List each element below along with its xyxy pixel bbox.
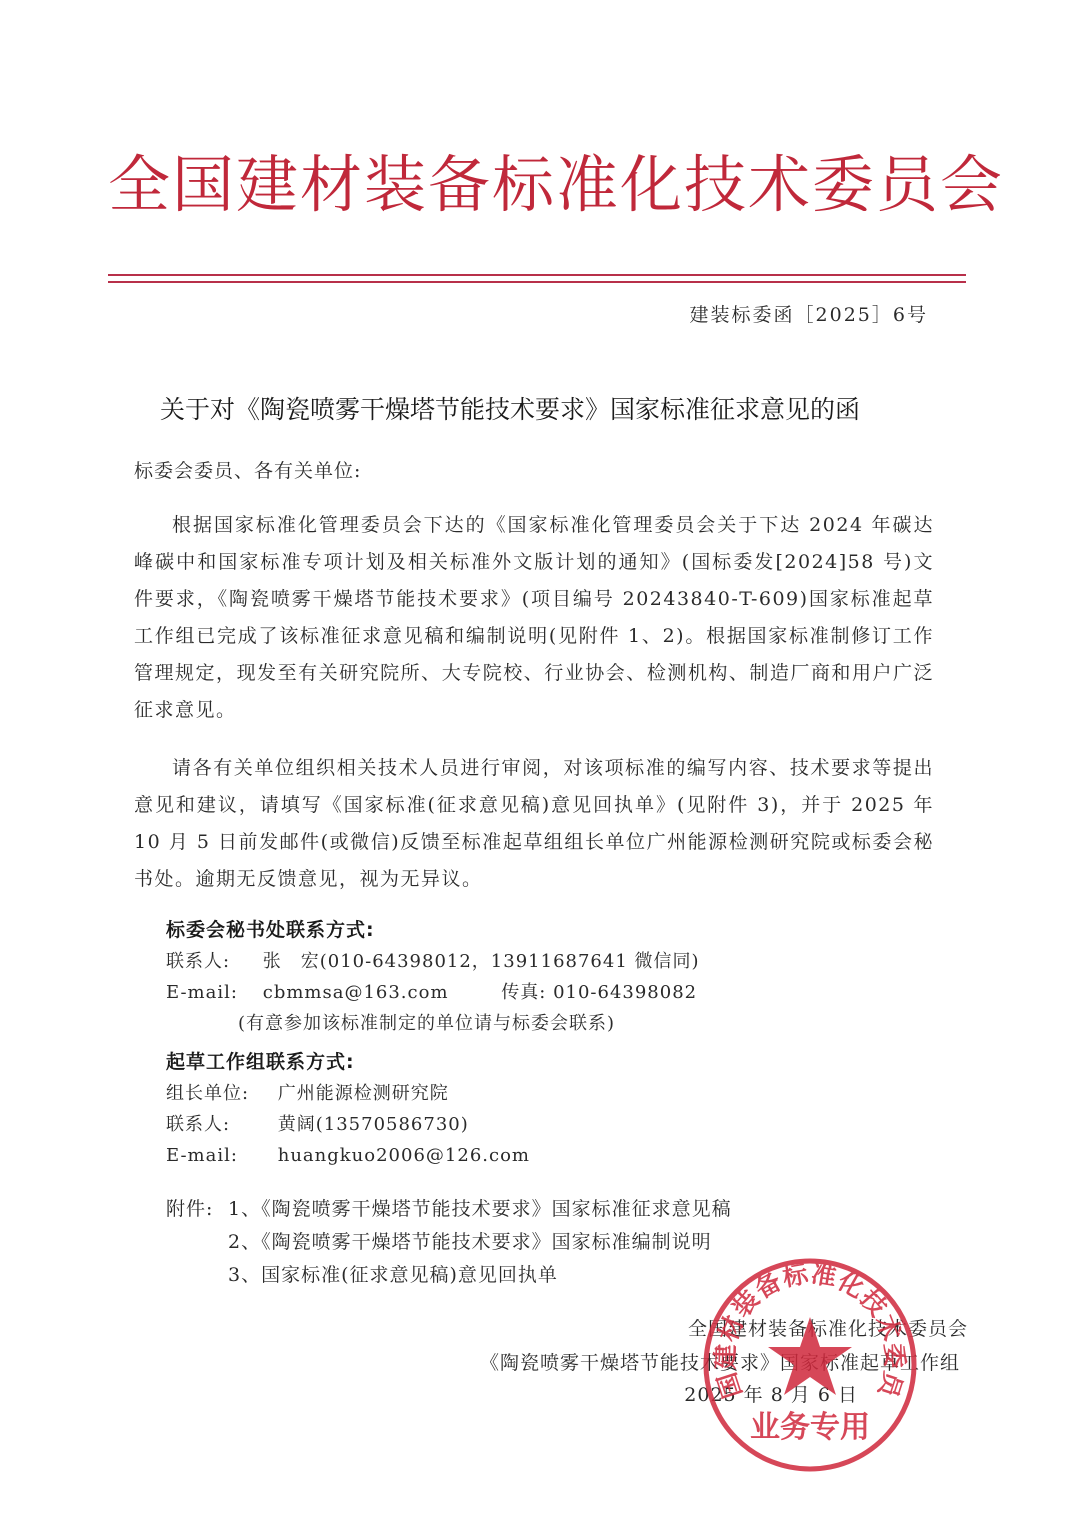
letterhead-rule-top [108, 274, 966, 276]
document-title: 关于对《陶瓷喷雾干燥塔节能技术要求》国家标准征求意见的函 [160, 390, 860, 426]
contact-person-label: 联系人: [166, 1109, 271, 1140]
signature-date: 2025 年 8 月 6 日 [684, 1380, 858, 1407]
drafting-contact-person: 联系人: 黄阔(13570586730) [166, 1109, 530, 1140]
fax-label: 传真: [501, 982, 546, 1003]
drafting-group-contact-heading: 起草工作组联系方式: [166, 1047, 530, 1078]
secretariat-contact: 标委会秘书处联系方式: 联系人: 张 宏(010-64398012，139116… [166, 915, 700, 1039]
attachments-list: 附件:1、《陶瓷喷雾干燥塔节能技术要求》国家标准征求意见稿 2、《陶瓷喷雾干燥塔… [166, 1193, 732, 1292]
letterhead-organization: 全国建材装备标准化技术委员会 [108, 140, 968, 230]
letterhead-rule-bottom [108, 281, 966, 283]
attachment-3: 3、国家标准(征求意见稿)意见回执单 [228, 1264, 558, 1286]
salutation: 标委会委员、各有关单位: [134, 456, 361, 483]
fax-value: 010-64398082 [553, 982, 697, 1003]
email-label: E-mail: [166, 977, 256, 1008]
secretariat-contact-email-fax: E-mail: cbmmsa@163.com 传真: 010-64398082 [166, 977, 700, 1008]
signature-organization: 全国建材装备标准化技术委员会 [688, 1314, 968, 1341]
attachment-2: 2、《陶瓷喷雾干燥塔节能技术要求》国家标准编制说明 [228, 1231, 712, 1253]
body-paragraph-1: 根据国家标准化管理委员会下达的《国家标准化管理委员会关于下达 2024 年碳达峰… [134, 507, 934, 729]
drafting-contact-email: E-mail: huangkuo2006@126.com [166, 1140, 530, 1171]
contact-person-value: 张 宏(010-64398012，13911687641 微信同) [263, 951, 700, 972]
email-label: E-mail: [166, 1140, 271, 1171]
leader-unit: 组长单位: 广州能源检测研究院 [166, 1078, 530, 1109]
document-number: 建装标委函［2025］6号 [690, 300, 928, 327]
attachments-label: 附件: [166, 1193, 228, 1226]
drafting-group-contact: 起草工作组联系方式: 组长单位: 广州能源检测研究院 联系人: 黄阔(13570… [166, 1047, 530, 1171]
secretariat-contact-heading: 标委会秘书处联系方式: [166, 915, 700, 946]
attachment-1: 1、《陶瓷喷雾干燥塔节能技术要求》国家标准征求意见稿 [228, 1198, 732, 1220]
email-link[interactable]: cbmmsa@163.com [263, 982, 449, 1003]
email-link[interactable]: huangkuo2006@126.com [278, 1145, 530, 1166]
leader-unit-value: 广州能源检测研究院 [278, 1083, 449, 1104]
leader-unit-label: 组长单位: [166, 1078, 271, 1109]
contact-person-value: 黄阔(13570586730) [278, 1114, 469, 1135]
signature-working-group: 《陶瓷喷雾干燥塔节能技术要求》国家标准起草工作组 [480, 1348, 960, 1375]
secretariat-contact-person: 联系人: 张 宏(010-64398012，13911687641 微信同) [166, 946, 700, 977]
attachment-item: 附件:1、《陶瓷喷雾干燥塔节能技术要求》国家标准征求意见稿 [166, 1193, 732, 1226]
attachment-item: 2、《陶瓷喷雾干燥塔节能技术要求》国家标准编制说明 [166, 1226, 732, 1259]
seal-bottom-text: 业务专用 [750, 1410, 870, 1445]
attachment-item: 3、国家标准(征求意见稿)意见回执单 [166, 1259, 732, 1292]
contact-person-label: 联系人: [166, 946, 256, 977]
participation-note: (有意参加该标准制定的单位请与标委会联系) [166, 1008, 700, 1039]
body-paragraph-2: 请各有关单位组织相关技术人员进行审阅，对该项标准的编写内容、技术要求等提出意见和… [134, 750, 934, 898]
